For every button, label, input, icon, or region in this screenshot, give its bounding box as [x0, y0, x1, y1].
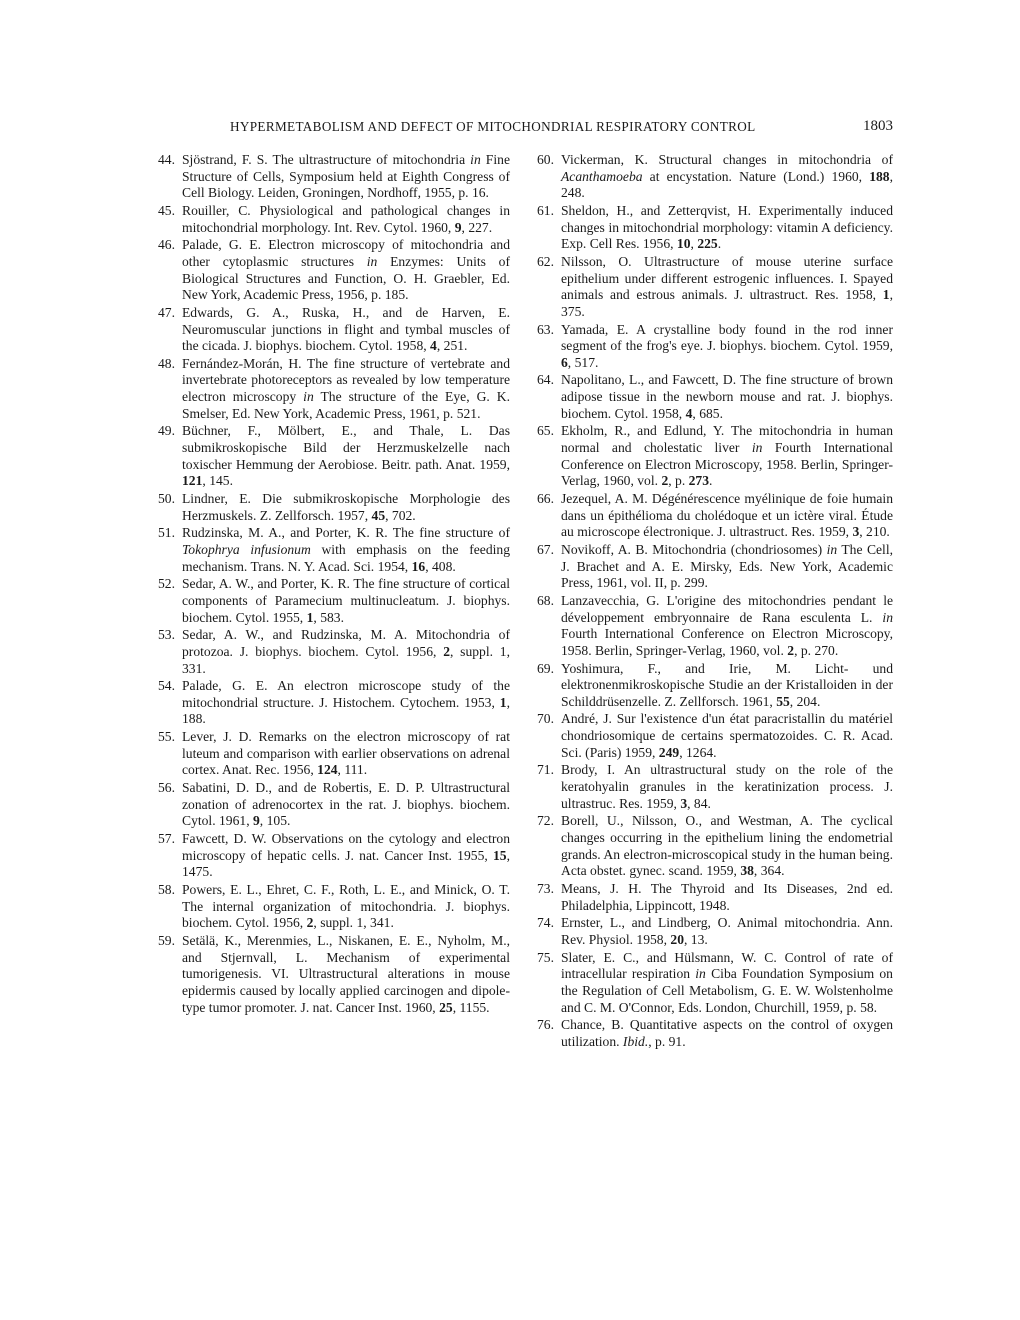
reference-number: 68. — [537, 593, 554, 610]
reference-number: 65. — [537, 423, 554, 440]
reference-entry: 72.Borell, U., Nilsson, O., and Westman,… — [537, 813, 893, 879]
reference-entry: 52.Sedar, A. W., and Porter, K. R. The f… — [158, 576, 510, 626]
reference-number: 74. — [537, 915, 554, 932]
reference-text: Slater, E. C., and Hülsmann, W. C. Contr… — [561, 950, 893, 1016]
reference-number: 47. — [158, 305, 175, 322]
reference-entry: 54.Palade, G. E. An electron microscope … — [158, 678, 510, 728]
reference-number: 64. — [537, 372, 554, 389]
reference-text: Jezequel, A. M. Dégénérescence myéliniqu… — [561, 491, 893, 541]
reference-entry: 46.Palade, G. E. Electron microscopy of … — [158, 237, 510, 303]
reference-text: Napolitano, L., and Fawcett, D. The fine… — [561, 372, 893, 422]
reference-text: Lanzavecchia, G. L'origine des mitochond… — [561, 593, 893, 659]
reference-entry: 64.Napolitano, L., and Fawcett, D. The f… — [537, 372, 893, 422]
reference-number: 69. — [537, 661, 554, 678]
references-left-column: 44.Sjöstrand, F. S. The ultrastructure o… — [158, 152, 510, 1017]
reference-entry: 73.Means, J. H. The Thyroid and Its Dise… — [537, 881, 893, 914]
reference-text: André, J. Sur l'existence d'un état para… — [561, 711, 893, 761]
reference-text: Chance, B. Quantitative aspects on the c… — [561, 1017, 893, 1050]
reference-entry: 59.Setälä, K., Merenmies, L., Niskanen, … — [158, 933, 510, 1016]
reference-text: Fawcett, D. W. Observations on the cytol… — [182, 831, 510, 881]
reference-number: 55. — [158, 729, 175, 746]
reference-entry: 56.Sabatini, D. D., and de Robertis, E. … — [158, 780, 510, 830]
reference-number: 57. — [158, 831, 175, 848]
reference-number: 73. — [537, 881, 554, 898]
reference-text: Lever, J. D. Remarks on the electron mic… — [182, 729, 510, 779]
reference-text: Powers, E. L., Ehret, C. F., Roth, L. E.… — [182, 882, 510, 932]
reference-text: Lindner, E. Die submikroskopische Morpho… — [182, 491, 510, 524]
reference-entry: 53.Sedar, A. W., and Rudzinska, M. A. Mi… — [158, 627, 510, 677]
reference-text: Yoshimura, F., and Irie, M. Licht- und e… — [561, 661, 893, 711]
reference-entry: 68.Lanzavecchia, G. L'origine des mitoch… — [537, 593, 893, 659]
reference-number: 44. — [158, 152, 175, 169]
reference-entry: 44.Sjöstrand, F. S. The ultrastructure o… — [158, 152, 510, 202]
reference-number: 49. — [158, 423, 175, 440]
reference-text: Novikoff, A. B. Mitochondria (chondrioso… — [561, 542, 893, 592]
reference-entry: 48.Fernández-Morán, H. The fine structur… — [158, 356, 510, 422]
reference-entry: 61.Sheldon, H., and Zetterqvist, H. Expe… — [537, 203, 893, 253]
reference-number: 58. — [158, 882, 175, 899]
reference-number: 70. — [537, 711, 554, 728]
reference-number: 67. — [537, 542, 554, 559]
reference-number: 50. — [158, 491, 175, 508]
reference-entry: 45.Rouiller, C. Physiological and pathol… — [158, 203, 510, 236]
reference-number: 76. — [537, 1017, 554, 1034]
reference-text: Edwards, G. A., Ruska, H., and de Harven… — [182, 305, 510, 355]
reference-entry: 69.Yoshimura, F., and Irie, M. Licht- un… — [537, 661, 893, 711]
reference-text: Sedar, A. W., and Porter, K. R. The fine… — [182, 576, 510, 626]
reference-entry: 51.Rudzinska, M. A., and Porter, K. R. T… — [158, 525, 510, 575]
reference-number: 71. — [537, 762, 554, 779]
reference-text: Rouiller, C. Physiological and pathologi… — [182, 203, 510, 236]
running-header: HYPERMETABOLISM AND DEFECT OF MITOCHONDR… — [230, 119, 893, 139]
reference-number: 62. — [537, 254, 554, 271]
reference-entry: 66.Jezequel, A. M. Dégénérescence myélin… — [537, 491, 893, 541]
reference-text: Ekholm, R., and Edlund, Y. The mitochond… — [561, 423, 893, 489]
reference-number: 51. — [158, 525, 175, 542]
reference-entry: 57.Fawcett, D. W. Observations on the cy… — [158, 831, 510, 881]
reference-entry: 47.Edwards, G. A., Ruska, H., and de Har… — [158, 305, 510, 355]
reference-entry: 76.Chance, B. Quantitative aspects on th… — [537, 1017, 893, 1050]
reference-number: 72. — [537, 813, 554, 830]
reference-entry: 67.Novikoff, A. B. Mitochondria (chondri… — [537, 542, 893, 592]
reference-text: Means, J. H. The Thyroid and Its Disease… — [561, 881, 893, 914]
reference-text: Palade, G. E. An electron microscope stu… — [182, 678, 510, 728]
reference-text: Brody, I. An ultrastructural study on th… — [561, 762, 893, 812]
reference-entry: 50.Lindner, E. Die submikroskopische Mor… — [158, 491, 510, 524]
reference-number: 53. — [158, 627, 175, 644]
reference-text: Borell, U., Nilsson, O., and Westman, A.… — [561, 813, 893, 879]
reference-entry: 55.Lever, J. D. Remarks on the electron … — [158, 729, 510, 779]
reference-entry: 75.Slater, E. C., and Hülsmann, W. C. Co… — [537, 950, 893, 1016]
reference-entry: 60.Vickerman, K. Structural changes in m… — [537, 152, 893, 202]
reference-entry: 62.Nilsson, O. Ultrastructure of mouse u… — [537, 254, 893, 320]
reference-number: 52. — [158, 576, 175, 593]
reference-text: Rudzinska, M. A., and Porter, K. R. The … — [182, 525, 510, 575]
reference-number: 54. — [158, 678, 175, 695]
reference-number: 46. — [158, 237, 175, 254]
reference-text: Nilsson, O. Ultrastructure of mouse uter… — [561, 254, 893, 320]
reference-text: Sedar, A. W., and Rudzinska, M. A. Mitoc… — [182, 627, 510, 677]
reference-text: Yamada, E. A crystalline body found in t… — [561, 322, 893, 372]
reference-entry: 74.Ernster, L., and Lindberg, O. Animal … — [537, 915, 893, 948]
page-number: 1803 — [863, 118, 893, 135]
reference-text: Ernster, L., and Lindberg, O. Animal mit… — [561, 915, 893, 948]
reference-number: 60. — [537, 152, 554, 169]
reference-number: 48. — [158, 356, 175, 373]
reference-text: Sjöstrand, F. S. The ultrastructure of m… — [182, 152, 510, 202]
reference-number: 56. — [158, 780, 175, 797]
reference-text: Sabatini, D. D., and de Robertis, E. D. … — [182, 780, 510, 830]
reference-number: 66. — [537, 491, 554, 508]
reference-number: 61. — [537, 203, 554, 220]
reference-entry: 63.Yamada, E. A crystalline body found i… — [537, 322, 893, 372]
reference-number: 75. — [537, 950, 554, 967]
reference-text: Palade, G. E. Electron microscopy of mit… — [182, 237, 510, 303]
references-right-column: 60.Vickerman, K. Structural changes in m… — [537, 152, 893, 1052]
running-title: HYPERMETABOLISM AND DEFECT OF MITOCHONDR… — [230, 119, 756, 135]
reference-number: 59. — [158, 933, 175, 950]
reference-text: Sheldon, H., and Zetterqvist, H. Experim… — [561, 203, 893, 253]
reference-entry: 71.Brody, I. An ultrastructural study on… — [537, 762, 893, 812]
reference-entry: 65.Ekholm, R., and Edlund, Y. The mitoch… — [537, 423, 893, 489]
reference-text: Vickerman, K. Structural changes in mito… — [561, 152, 893, 202]
reference-text: Büchner, F., Mölbert, E., and Thale, L. … — [182, 423, 510, 489]
reference-number: 63. — [537, 322, 554, 339]
reference-text: Setälä, K., Merenmies, L., Niskanen, E. … — [182, 933, 510, 1016]
reference-text: Fernández-Morán, H. The fine structure o… — [182, 356, 510, 422]
reference-entry: 70.André, J. Sur l'existence d'un état p… — [537, 711, 893, 761]
reference-entry: 58.Powers, E. L., Ehret, C. F., Roth, L.… — [158, 882, 510, 932]
reference-entry: 49.Büchner, F., Mölbert, E., and Thale, … — [158, 423, 510, 489]
reference-number: 45. — [158, 203, 175, 220]
